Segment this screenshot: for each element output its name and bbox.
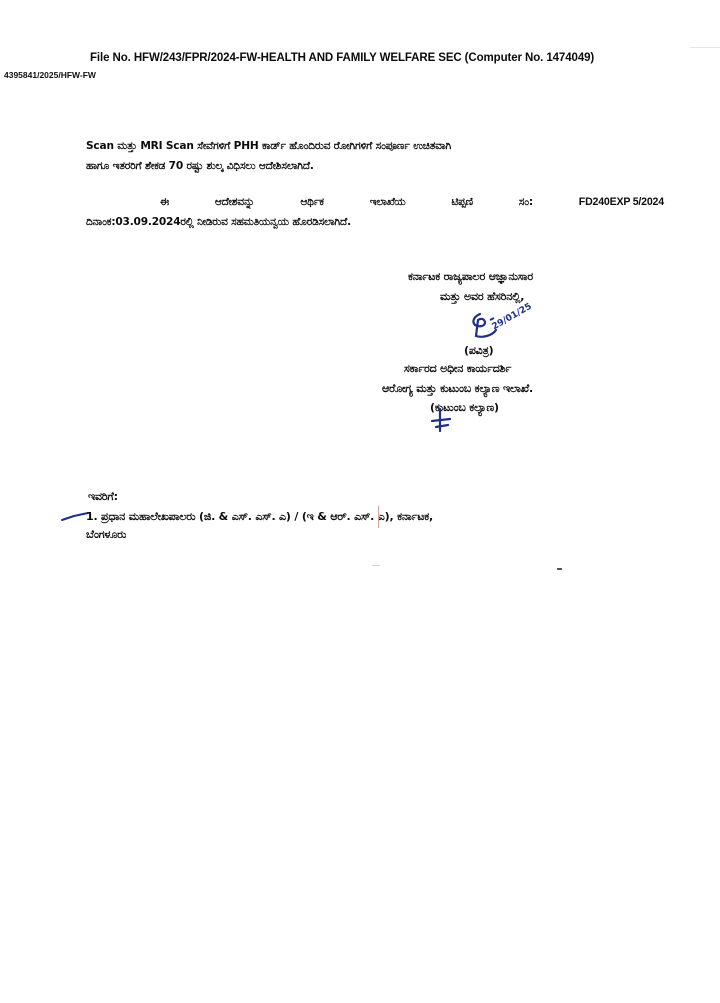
paragraph-1-line-1: Scan ಮತ್ತು MRI Scan ಸೇವೆಗಳಿಗೆ PHH ಕಾರ್ಡ್…: [86, 140, 451, 153]
authority-line-2: ಮತ್ತು ಅವರ ಹೆಸರಿನಲ್ಲಿ,: [440, 290, 524, 304]
p2-word: ಈ: [160, 196, 169, 209]
p2-word: ಸಂ:: [519, 196, 533, 209]
scan-artifact: [372, 565, 380, 566]
p2-word: ಟಿಪ್ಪಣಿ: [451, 196, 472, 209]
initials-mark-icon: [428, 405, 458, 435]
recipients-heading: ಇವರಿಗೆ:: [88, 490, 118, 504]
paragraph-2-line-1: ಈ ಆದೇಶವನ್ನು ಆರ್ಥಿಕ ಇಲಾಖೆಯ ಟಿಪ್ಪಣಿ ಸಂ: FD…: [160, 196, 664, 209]
p2-word: ಆದೇಶವನ್ನು: [215, 196, 255, 209]
recipient-line-1: 1. ಪ್ರಧಾನ ಮಹಾಲೇಖಪಾಲರು (ಜಿ. & ಎಸ್. ಎಸ್. ಎ…: [86, 510, 433, 524]
p2-word: ಇಲಾಖೆಯ: [370, 196, 406, 209]
finance-note-number: FD240EXP 5/2024: [579, 196, 664, 209]
scan-artifact: [557, 568, 562, 570]
scan-artifact: [690, 47, 720, 48]
paragraph-1-line-2: ಹಾಗೂ ಇತರರಿಗೆ ಶೇಕಡ 70 ರಷ್ಟು ಶುಲ್ಕ ವಿಧಿಸಲು…: [86, 160, 314, 173]
p2-word: ಆರ್ಥಿಕ: [300, 196, 324, 209]
reference-number: 4395841/2025/HFW-FW: [4, 70, 96, 80]
signatory-department: ಆರೋಗ್ಯ ಮತ್ತು ಕುಟುಂಬ ಕಲ್ಯಾಣ ಇಲಾಖೆ.: [382, 382, 533, 396]
paragraph-2-line-2: ದಿನಾಂಕ:03.09.2024ರಲ್ಲಿ ನೀಡಿರುವ ಸಹಮತಿಯನ್ವ…: [86, 216, 351, 229]
authority-line-1: ಕರ್ನಾಟಕ ರಾಜ್ಯಪಾಲರ ಆಜ್ಞಾನುಸಾರ: [408, 270, 533, 284]
signatory-designation: ಸರ್ಕಾರದ ಅಧೀನ ಕಾರ್ಯದರ್ಶಿ: [404, 362, 511, 376]
file-header: File No. HFW/243/FPR/2024-FW-HEALTH AND …: [90, 52, 594, 64]
margin-mark: [378, 506, 379, 528]
recipient-line-2: ಬೆಂಗಳೂರು: [86, 528, 126, 538]
signatory-name: (ಪವಿತ್ರ): [464, 344, 494, 358]
